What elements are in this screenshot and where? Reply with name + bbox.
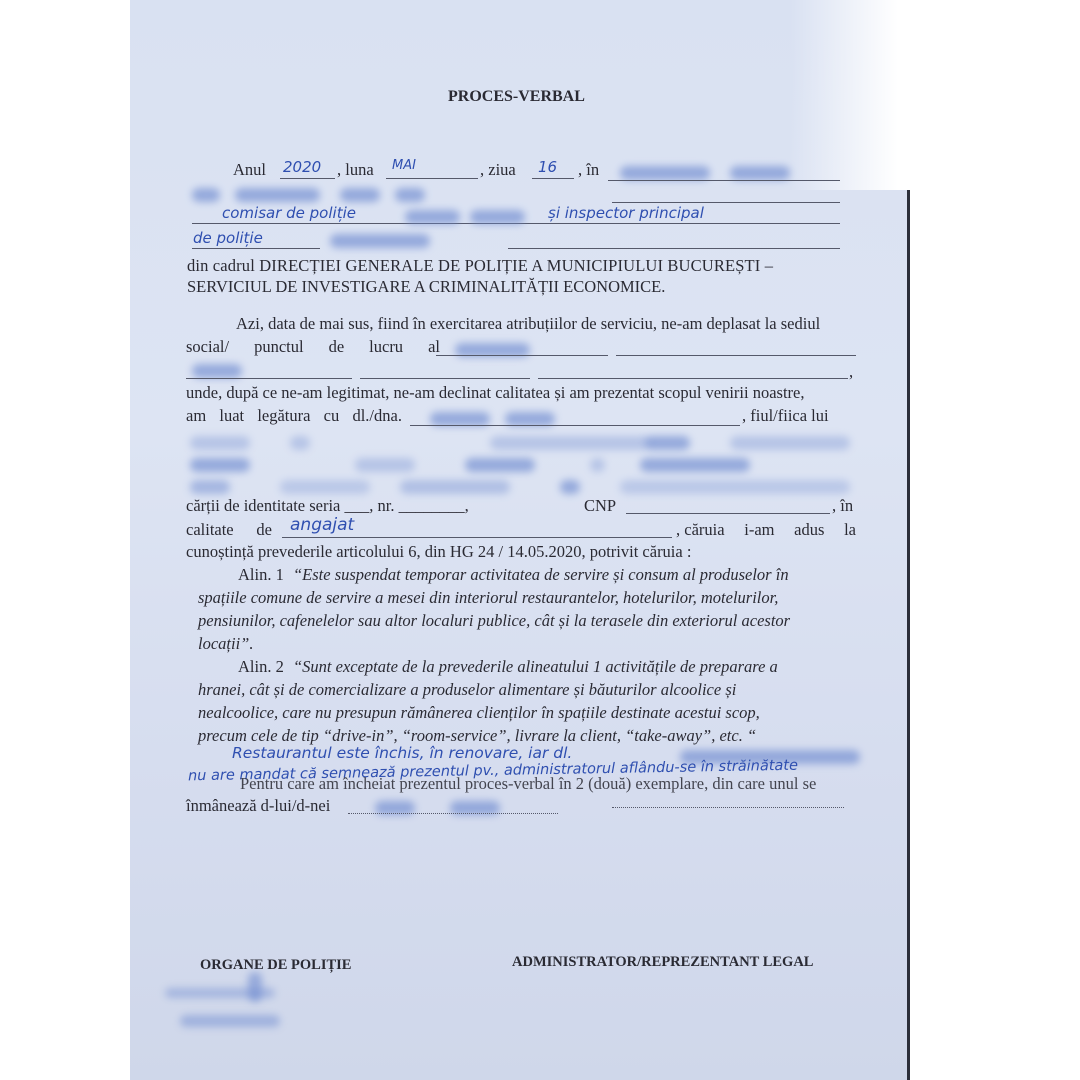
redacted-signature-2: [248, 972, 262, 1002]
redacted-birthplace: [730, 436, 850, 450]
document-title: PROCES-VERBAL: [448, 88, 585, 106]
redacted-city-2: [465, 458, 535, 472]
redacted-location: [620, 166, 710, 180]
redacted-person-name-2: [505, 412, 555, 426]
redacted-sector: [400, 480, 510, 494]
alin1-line-4: locații”.: [198, 634, 253, 654]
officer-underline-3: [508, 248, 840, 249]
redacted-address-2: [235, 188, 320, 202]
day-underline: [532, 178, 574, 179]
redacted-city: [190, 458, 250, 472]
redacted-id-holder: [620, 480, 850, 494]
alin2-label: Alin. 2: [238, 657, 284, 677]
para1-line2: social/ punctul de lucru al: [186, 337, 440, 357]
business-underline-5: [538, 378, 848, 379]
redacted-parent-2: [290, 436, 310, 450]
redacted-address-3: [340, 188, 380, 202]
redacted-number: [190, 480, 230, 494]
redacted-parent: [190, 436, 250, 450]
in-label: , în: [832, 496, 853, 516]
page-glare: [790, 0, 910, 190]
redacted-domicile: [355, 458, 415, 472]
alin1-line-2: spațiile comune de servire a mesei din i…: [198, 588, 778, 608]
id-card-label: cărții de identitate seria ___, nr. ____…: [186, 496, 469, 516]
year-label: Anul: [233, 160, 266, 180]
address-underline: [612, 202, 840, 203]
redacted-birth: [490, 436, 650, 450]
year-underline: [280, 178, 335, 179]
handwritten-note-line-1: Restaurantul este închis, în renovare, i…: [232, 744, 572, 762]
para1-line1: Azi, data de mai sus, fiind în exercitar…: [236, 314, 820, 334]
alin2-line-1: “Sunt exceptate de la prevederile alinea…: [293, 657, 778, 677]
para1-line4: unde, după ce ne-am legitimat, ne-am dec…: [186, 383, 805, 403]
day-value: 16: [538, 158, 557, 176]
location-underline: [608, 180, 840, 181]
recipient-dotted-line: [348, 812, 558, 814]
alin1-line-1: “Este suspendat temporar activitatea de …: [293, 565, 789, 585]
institution-line-2: SERVICIUL DE INVESTIGARE A CRIMINALITĂȚI…: [187, 277, 665, 297]
para1-line5: am luat legătura cu dl./dna.: [186, 406, 402, 426]
person-underline: [410, 425, 740, 426]
alin2-line-4: precum cele de tip “drive-in”, “room-ser…: [198, 726, 756, 746]
location-label: , în: [578, 160, 599, 180]
officer-rank-1: comisar de poliție: [222, 204, 356, 222]
redacted-signature-3: [180, 1015, 280, 1027]
legal-basis: cunoștință prevederile articolului 6, di…: [186, 542, 691, 562]
business-underline-4: [360, 378, 530, 379]
alin2-line-3: nealcoolice, care nu presupun rămânerea …: [198, 703, 760, 723]
role-right-text: , căruia i-am adus la: [676, 520, 856, 540]
signature-admin-label: ADMINISTRATOR/REPREZENTANT LEGAL: [512, 954, 813, 971]
role-label: calitate de: [186, 520, 272, 540]
redacted-street: [640, 458, 750, 472]
month-value: MAI: [392, 158, 416, 173]
cnp-label: CNP: [584, 496, 616, 516]
parent-label: , fiul/fiica lui: [742, 406, 829, 426]
month-underline: [386, 178, 478, 179]
cnp-underline: [626, 513, 830, 514]
day-label: , ziua: [480, 160, 516, 180]
month-label: , luna: [337, 160, 374, 180]
redacted-officer-name-1: [405, 210, 460, 224]
redacted-birthdate: [645, 436, 690, 450]
institution-line-1: din cadrul DIRECȚIEI GENERALE DE POLIȚIE…: [187, 256, 773, 276]
business-underline: [436, 355, 608, 356]
business-underline-2: [616, 355, 856, 356]
role-value: angajat: [290, 515, 354, 535]
business-underline-3: [186, 378, 352, 379]
redacted-address: [192, 188, 220, 202]
redacted-person-name: [430, 412, 490, 426]
redacted-sector-num: [560, 480, 580, 494]
redacted-officer-name-1b: [470, 210, 525, 224]
redacted-location-2: [730, 166, 790, 180]
year-value: 2020: [283, 158, 321, 176]
redacted-apt: [280, 480, 370, 494]
redacted-address-4: [395, 188, 425, 202]
closing-line-2: înmânează d-lui/d-nei: [186, 796, 330, 816]
alin2-line-2: hranei, cât și de comercializare a produ…: [198, 680, 736, 700]
officer-underline-2: [192, 248, 320, 249]
officer-rank-2b: de poliție: [193, 229, 263, 247]
redacted-business-name-2: [192, 364, 242, 378]
alin1-label: Alin. 1: [238, 565, 284, 585]
redacted-street-label: [590, 458, 605, 472]
alin1-line-3: pensiunilor, cafenelelor sau altor local…: [198, 611, 790, 631]
signature-police-label: ORGANE DE POLIȚIE: [200, 957, 351, 974]
redacted-officer-name-2: [330, 234, 430, 248]
role-underline: [282, 537, 672, 538]
closing-line-1: Pentru care am încheiat prezentul proces…: [240, 774, 816, 794]
recipient-dotted-line-2: [612, 806, 844, 808]
officer-rank-2: și inspector principal: [548, 204, 704, 222]
